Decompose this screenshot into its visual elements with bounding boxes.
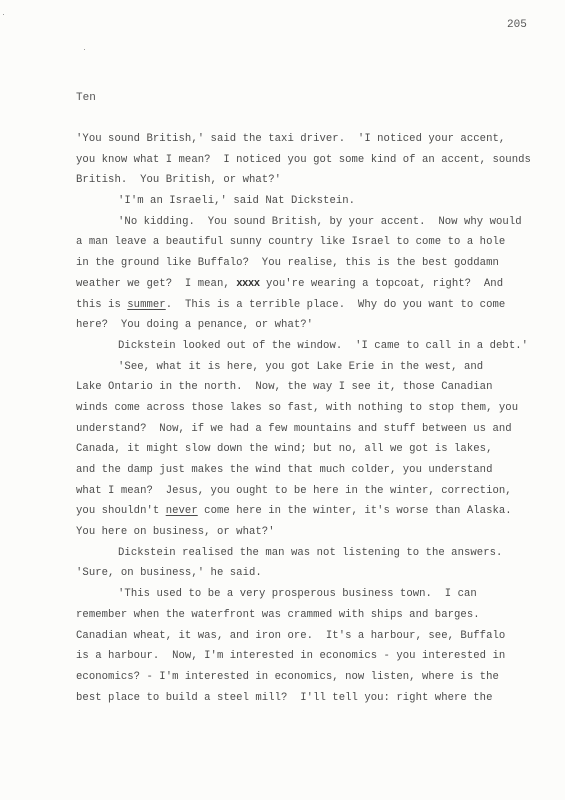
text-line: winds come across those lakes so fast, w… [76, 398, 556, 419]
text-line: this is summer. This is a terrible place… [76, 295, 556, 316]
text-segment: 'You sound British,' said the taxi drive… [76, 133, 505, 145]
text-segment: remember when the waterfront was crammed… [76, 609, 480, 621]
text-segment: 'No kidding. You sound British, by your … [118, 216, 522, 228]
text-segment: you're wearing a topcoat, right? And [260, 278, 503, 290]
text-segment: Canadian wheat, it was, and iron ore. It… [76, 630, 505, 642]
text-line: is a harbour. Now, I'm interested in eco… [76, 646, 556, 667]
underlined-word: summer [127, 299, 165, 311]
text-line: 'No kidding. You sound British, by your … [76, 212, 556, 233]
text-segment: economics? - I'm interested in economics… [76, 671, 499, 683]
text-segment: a man leave a beautiful sunny country li… [76, 236, 505, 248]
text-line: understand? Now, if we had a few mountai… [76, 419, 556, 440]
text-line: remember when the waterfront was crammed… [76, 605, 556, 626]
text-line: 'This used to be a very prosperous busin… [76, 584, 556, 605]
text-segment: here? You doing a penance, or what?' [76, 319, 313, 331]
text-segment: British. You British, or what?' [76, 174, 281, 186]
text-line: here? You doing a penance, or what?' [76, 315, 556, 336]
text-segment: is a harbour. Now, I'm interested in eco… [76, 650, 505, 662]
text-segment: this is [76, 299, 127, 311]
scan-speck [3, 14, 4, 15]
text-segment: Canada, it might slow down the wind; but… [76, 443, 492, 455]
text-segment: understand? Now, if we had a few mountai… [76, 423, 512, 435]
overstruck-word: xxxx [236, 278, 259, 290]
text-segment: 'This used to be a very prosperous busin… [118, 588, 477, 600]
text-segment: best place to build a steel mill? I'll t… [76, 692, 492, 704]
text-line: You here on business, or what?' [76, 522, 556, 543]
text-line: Lake Ontario in the north. Now, the way … [76, 377, 556, 398]
underlined-word: never [166, 505, 198, 517]
body-text: 'You sound British,' said the taxi drive… [76, 129, 556, 708]
text-line: you know what I mean? I noticed you got … [76, 150, 556, 171]
text-segment: in the ground like Buffalo? You realise,… [76, 257, 499, 269]
text-segment: Dickstein realised the man was not liste… [118, 547, 502, 559]
text-line: a man leave a beautiful sunny country li… [76, 232, 556, 253]
text-line: what I mean? Jesus, you ought to be here… [76, 481, 556, 502]
text-line: British. You British, or what?' [76, 170, 556, 191]
text-line: 'See, what it is here, you got Lake Erie… [76, 357, 556, 378]
text-line: in the ground like Buffalo? You realise,… [76, 253, 556, 274]
text-segment: . This is a terrible place. Why do you w… [166, 299, 506, 311]
text-line: economics? - I'm interested in economics… [76, 667, 556, 688]
text-segment: and the damp just makes the wind that mu… [76, 464, 492, 476]
text-segment: come here in the winter, it's worse than… [198, 505, 512, 517]
scan-speck [84, 49, 85, 50]
text-line: best place to build a steel mill? I'll t… [76, 688, 556, 709]
text-segment: you know what I mean? I noticed you got … [76, 154, 531, 166]
text-line: Dickstein realised the man was not liste… [76, 543, 556, 564]
text-segment: you shouldn't [76, 505, 166, 517]
text-line: 'I'm an Israeli,' said Nat Dickstein. [76, 191, 556, 212]
text-line: Dickstein looked out of the window. 'I c… [76, 336, 556, 357]
text-line: you shouldn't never come here in the win… [76, 501, 556, 522]
text-segment: Lake Ontario in the north. Now, the way … [76, 381, 492, 393]
typescript-page: 205 Ten 'You sound British,' said the ta… [0, 0, 565, 800]
text-line: Canada, it might slow down the wind; but… [76, 439, 556, 460]
page-number: 205 [507, 19, 527, 31]
text-line: and the damp just makes the wind that mu… [76, 460, 556, 481]
text-segment: winds come across those lakes so fast, w… [76, 402, 518, 414]
text-line: Canadian wheat, it was, and iron ore. It… [76, 626, 556, 647]
text-segment: 'I'm an Israeli,' said Nat Dickstein. [118, 195, 355, 207]
text-segment: 'Sure, on business,' he said. [76, 567, 262, 579]
text-line: weather we get? I mean, xxxx you're wear… [76, 274, 556, 295]
text-segment: Dickstein looked out of the window. 'I c… [118, 340, 528, 352]
text-line: 'You sound British,' said the taxi drive… [76, 129, 556, 150]
text-segment: You here on business, or what?' [76, 526, 275, 538]
chapter-label: Ten [76, 92, 96, 104]
text-segment: weather we get? I mean, [76, 278, 236, 290]
text-line: 'Sure, on business,' he said. [76, 563, 556, 584]
text-segment: 'See, what it is here, you got Lake Erie… [118, 361, 483, 373]
text-segment: what I mean? Jesus, you ought to be here… [76, 485, 512, 497]
